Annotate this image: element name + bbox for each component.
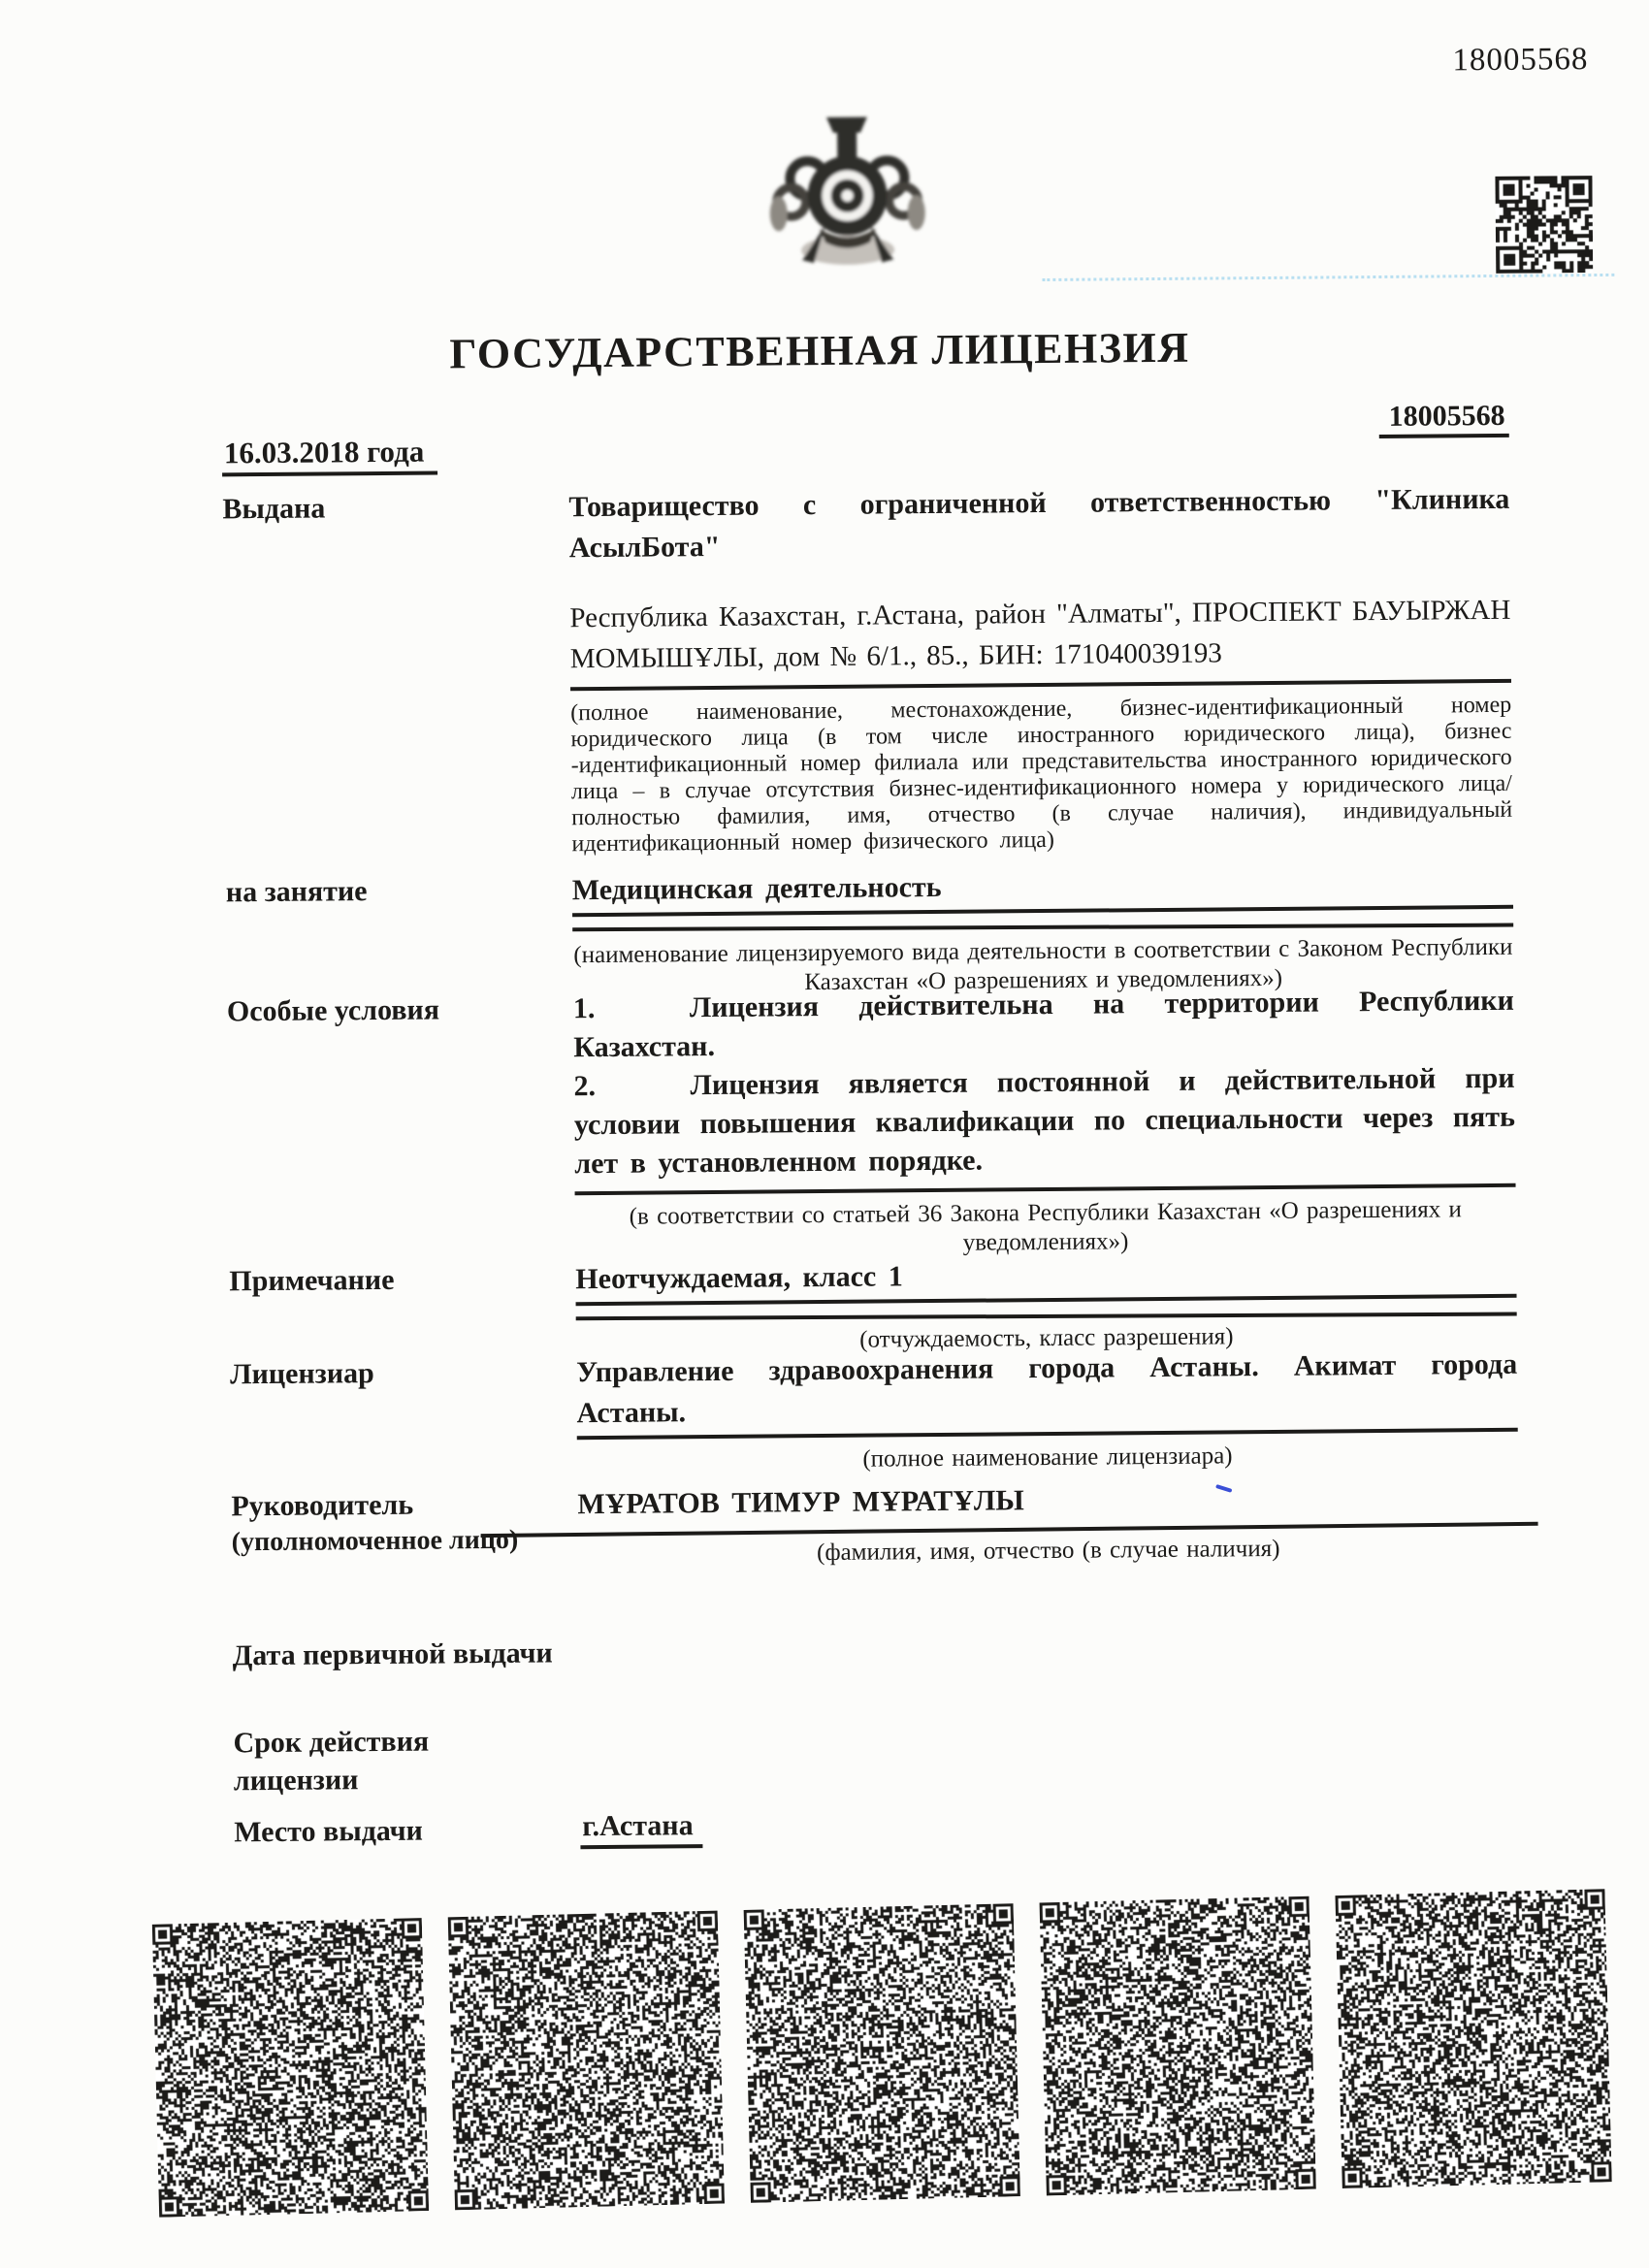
- field-label: Дата первичной выдачи: [233, 1633, 718, 1674]
- field-licensor: Лицензиар Управление здравоохранения гор…: [230, 1345, 1518, 1480]
- field-label: Выдана: [222, 487, 568, 528]
- 2d-barcode-block: [1335, 1889, 1611, 2188]
- note-value: Неотчуждаемая, класс 1: [575, 1251, 1516, 1306]
- field-label: Срок действия лицензии: [233, 1721, 580, 1799]
- field-issued-to: Выдана Товарищество с ограниченной ответ…: [222, 479, 1512, 861]
- item-number: 2.: [573, 1066, 690, 1106]
- item-text: Лицензия действительна на территории Рес…: [573, 985, 1514, 1063]
- qr-code: [1495, 176, 1593, 274]
- company-name: Товарищество с ограниченной ответственно…: [568, 479, 1510, 568]
- field-activity: на занятие Медицинская деятельность (наи…: [226, 862, 1514, 1003]
- 2d-barcode-block: [448, 1911, 725, 2211]
- activity-value: Медицинская деятельность: [572, 862, 1513, 917]
- validity-value: [579, 1713, 1520, 1721]
- 2d-barcode-block: [152, 1918, 429, 2218]
- fine-print: (полное наименование лицензиара): [577, 1440, 1518, 1476]
- field-label-line1: Срок действия: [233, 1721, 579, 1762]
- fine-print: (в соответствии со статьей 36 Закона Рес…: [575, 1195, 1516, 1261]
- field-label: Особые условия: [227, 989, 573, 1030]
- item-text: Лицензия является постоянной и действите…: [574, 1062, 1515, 1180]
- fine-print: (полное наименование, местонахождение, б…: [570, 693, 1512, 858]
- 2d-barcode-block: [744, 1903, 1020, 2203]
- field-label: Руководитель (уполномоченное лицо): [231, 1484, 578, 1561]
- head-value: МҰРАТОВ ТИМУР МҰРАТҰЛЫ: [577, 1476, 1518, 1525]
- corner-number: 18005568: [1452, 42, 1588, 79]
- issue-place-value: г.Астана: [580, 1809, 703, 1849]
- field-special-conditions: Особые условия 1.Лицензия действительна …: [227, 982, 1516, 1265]
- condition-item: 1.Лицензия действительна на территории Р…: [573, 982, 1515, 1067]
- field-head: Руководитель (уполномоченное лицо) МҰРАТ…: [231, 1476, 1519, 1573]
- field-validity: Срок действия лицензии: [233, 1713, 1521, 1800]
- field-first-issue-date: Дата первичной выдачи: [233, 1626, 1520, 1675]
- scanned-sheet: 18005568: [0, 0, 1649, 2268]
- field-note: Примечание Неотчуждаемая, класс 1 (отчуж…: [229, 1251, 1517, 1361]
- license-number: 18005568: [1378, 400, 1508, 438]
- field-label-line1: Руководитель: [231, 1484, 577, 1525]
- licensor-value: Управление здравоохранения города Астаны…: [576, 1345, 1518, 1440]
- company-address: Республика Казахстан, г.Астана, район "А…: [569, 590, 1511, 692]
- condition-item: 2.Лицензия является постоянной и действи…: [573, 1059, 1515, 1183]
- item-number: 1.: [573, 988, 690, 1028]
- 2d-barcode-block: [1040, 1896, 1316, 2196]
- field-label: Лицензиар: [230, 1352, 576, 1393]
- first-issue-value: [718, 1626, 1520, 1633]
- field-label: Место выдачи: [234, 1810, 580, 1851]
- field-issue-place: Место выдачи г.Астана: [234, 1802, 1521, 1853]
- barcode-strip: [152, 1889, 1614, 2218]
- field-label: Примечание: [229, 1259, 575, 1300]
- ruling-line: [575, 1183, 1516, 1195]
- ruling-line: [572, 923, 1513, 932]
- field-label-line2: (уполномоченное лицо): [232, 1522, 578, 1561]
- field-label: на занятие: [226, 870, 572, 911]
- fine-print: (фамилия, имя, отчество (в случае наличи…: [578, 1533, 1519, 1570]
- document-title: ГОСУДАРСТВЕННАЯ ЛИЦЕНЗИЯ: [0, 319, 1644, 383]
- field-label-line2: лицензии: [234, 1759, 580, 1799]
- scanner-artifact-line: [1042, 274, 1614, 281]
- license-document: 18005568: [0, 0, 1649, 2268]
- issue-date: 16.03.2018 года: [222, 434, 438, 476]
- kazakhstan-coat-of-arms-icon: [764, 104, 931, 279]
- ruling-line: [576, 1312, 1517, 1321]
